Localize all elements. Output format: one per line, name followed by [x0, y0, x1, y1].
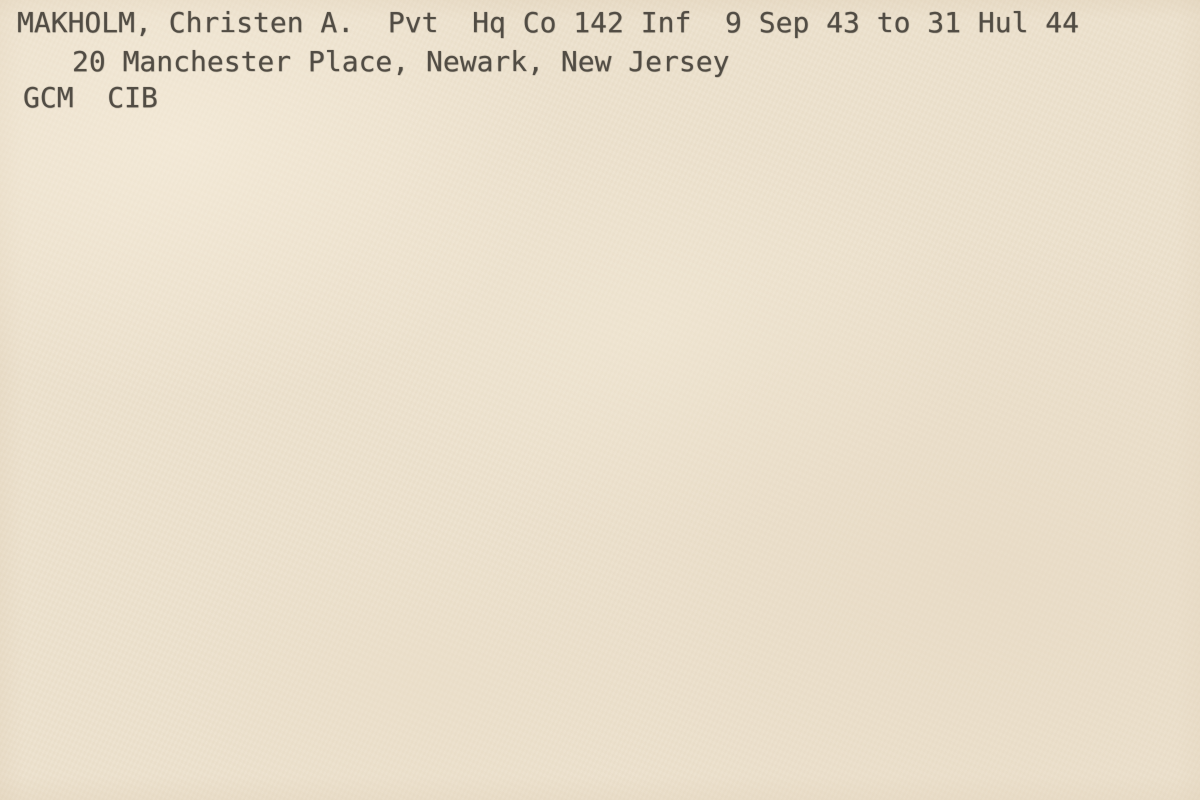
- service-record-line: MAKHOLM, Christen A. Pvt Hq Co 142 Inf 9…: [17, 6, 1079, 40]
- awards-line: GCM CIB: [23, 81, 158, 115]
- index-card: MAKHOLM, Christen A. Pvt Hq Co 142 Inf 9…: [0, 0, 1200, 800]
- address-line: 20 Manchester Place, Newark, New Jersey: [72, 45, 729, 79]
